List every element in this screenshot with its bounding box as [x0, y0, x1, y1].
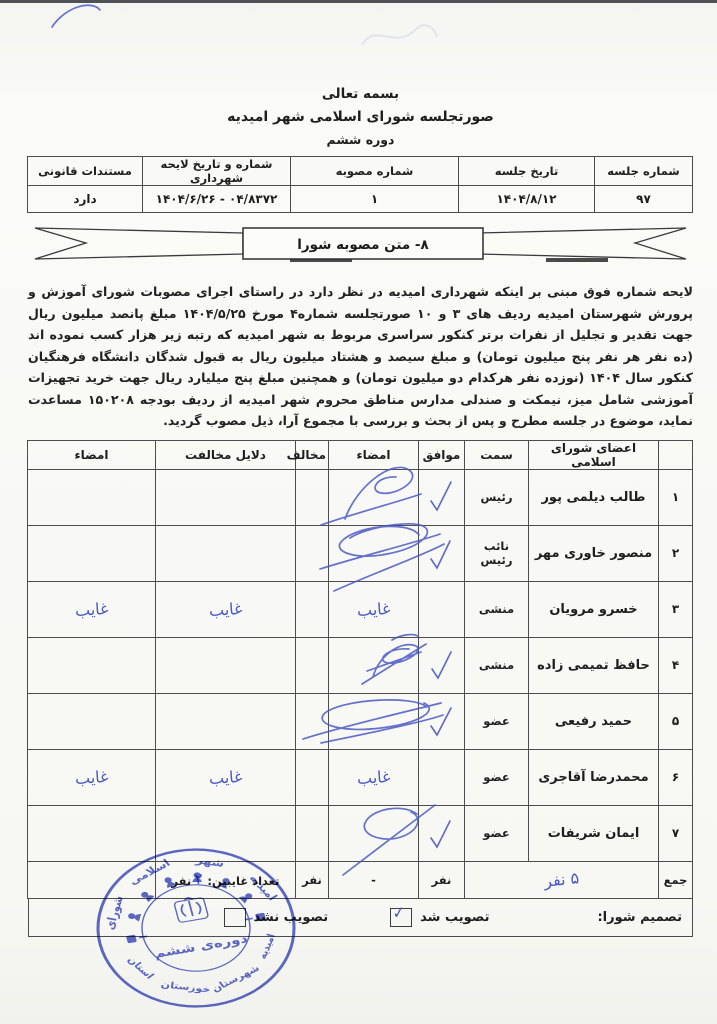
member-row-2: ۲ منصور خاوری مهر نائب رئیس [28, 525, 693, 581]
agree-checkmark-icon [427, 479, 457, 519]
agree-checkmark-icon [427, 647, 457, 687]
svg-text:شورای: شورای [102, 895, 126, 931]
row-number: ۵ [659, 693, 693, 749]
agree-checkmark-icon [427, 535, 457, 575]
opposed-cell [296, 637, 329, 693]
member-name: منصور خاوری مهر [529, 525, 659, 581]
row-number-header [659, 440, 693, 469]
position-header: سمت [465, 440, 529, 469]
member-position: عضو [465, 805, 529, 861]
svg-text:امیدیه: امیدیه [257, 933, 279, 961]
unit-cell: نفر [419, 861, 465, 898]
absent-note: غایب [74, 598, 109, 619]
agree-checkmark-icon [427, 703, 457, 743]
member-row-6: ۶ محمدرضا آقاجری عضو غایب غایب غایب [28, 749, 693, 805]
info-header-row: شماره جلسه تاریخ جلسه شماره مصوبه شماره … [28, 157, 693, 186]
opposition-reasons-cell: غایب [156, 749, 296, 805]
document-content: بسمه تعالی صورتجلسه شورای اسلامی شهر امی… [28, 0, 693, 937]
opposition-reasons-cell [156, 693, 296, 749]
member-name: ایمان شریفات [529, 805, 659, 861]
ribbon-left-tail [35, 228, 243, 259]
opposed-cell [296, 525, 329, 581]
signature2-header: امضاء [28, 440, 156, 469]
member-name: حمید رفیعی [529, 693, 659, 749]
signature-cell: غایب [329, 749, 419, 805]
agree-header: موافق [419, 440, 465, 469]
session-number-value: ۹۷ [595, 186, 693, 213]
resolution-number-value: ۱ [291, 186, 459, 213]
agree-cell [419, 637, 465, 693]
council-stamp: شورایاسلامیشهرامیدیه استانخوزستانشهرستان… [76, 828, 316, 1024]
signature-cell [329, 637, 419, 693]
absent-note: غایب [74, 766, 109, 787]
opposition-reasons-cell [156, 525, 296, 581]
opposed-header: مخالف [296, 440, 329, 469]
signature-header-label: امضاء [356, 448, 390, 462]
member-name: حافظ تمیمی زاده [529, 637, 659, 693]
bill-number-date-header: شماره و تاریخ لایحه شهرداری [143, 157, 291, 186]
session-number-header: شماره جلسه [595, 157, 693, 186]
member-row-1: ۱ طالب دیلمی پور رئیس [28, 469, 693, 525]
opposition-reasons-cell [156, 637, 296, 693]
opposed-cell [296, 749, 329, 805]
row-number: ۶ [659, 749, 693, 805]
agree-checkmark-icon [427, 815, 457, 855]
member-name: محمدرضا آقاجری [529, 749, 659, 805]
session-info-table: شماره جلسه تاریخ جلسه شماره مصوبه شماره … [27, 156, 693, 213]
term-label: دوره ششم [28, 132, 693, 147]
opposed-cell [296, 693, 329, 749]
members-header-row: اعضای شورای اسلامی سمت موافق امضاء مخالف… [28, 440, 693, 469]
member-name: طالب دیلمی پور [529, 469, 659, 525]
signature2-cell: غایب [28, 581, 156, 637]
svg-text:شهر: شهر [194, 854, 225, 869]
agree-cell [419, 693, 465, 749]
dash-cell: - [329, 861, 419, 898]
signature-cell [329, 693, 419, 749]
row-number: ۲ [659, 525, 693, 581]
absent-note: غایب [356, 766, 391, 787]
svg-text:استان: استان [125, 955, 156, 981]
scanned-document-page: بسمه تعالی صورتجلسه شورای اسلامی شهر امی… [0, 0, 717, 1024]
opposed-cell [296, 581, 329, 637]
member-position: عضو [465, 693, 529, 749]
signature2-cell [28, 637, 156, 693]
agree-cell [419, 525, 465, 581]
opposition-reasons-cell: غایب [156, 581, 296, 637]
svg-text:اسلامی: اسلامی [126, 857, 173, 887]
resolution-number-header: شماره مصوبه [291, 157, 459, 186]
opposition-reasons-cell [156, 469, 296, 525]
member-row-5: ۵ حمید رفیعی عضو [28, 693, 693, 749]
stamp-inner-ring [132, 877, 260, 979]
signature-cell: غایب [329, 581, 419, 637]
signature2-cell [28, 469, 156, 525]
signature-header: امضاء [329, 440, 419, 469]
legal-docs-header: مستندات قانونی [28, 157, 143, 186]
approved-check-icon: ✓ [391, 902, 407, 923]
header-bismillah: بسمه تعالی [28, 86, 693, 102]
approved-label: تصویب شد [420, 910, 489, 925]
row-number: ۷ [659, 805, 693, 861]
agree-cell [419, 749, 465, 805]
member-row-4: ۴ حافظ تمیمی زاده منشی [28, 637, 693, 693]
row-number: ۴ [659, 637, 693, 693]
approved-option: تصویب شد ✓ [390, 908, 489, 927]
signature-cell [329, 469, 419, 525]
member-position: عضو [465, 749, 529, 805]
absent-note: غایب [356, 598, 391, 619]
present-count-cell: ۵ نفر [465, 861, 659, 898]
approved-checkbox: ✓ [390, 908, 412, 927]
stamp-emblem-icon [173, 895, 208, 922]
opposition-reasons-header: دلایل مخالفت [156, 440, 296, 469]
absent-note: غایب [208, 598, 243, 619]
session-date-header: تاریخ جلسه [459, 157, 595, 186]
member-position: منشی [465, 637, 529, 693]
agree-cell [419, 581, 465, 637]
document-title: صورتجلسه شورای اسلامی شهر امیدیه [28, 109, 693, 125]
member-row-3: ۳ خسرو مرویان منشی غایب غایب غایب [28, 581, 693, 637]
legal-docs-value: دارد [28, 186, 143, 213]
info-value-row: ۹۷ ۱۴۰۴/۸/۱۲ ۱ ۰۴/۸۳۷۲ - ۱۴۰۴/۶/۲۶ دارد [28, 186, 693, 213]
banner-label: ۸- متن مصوبه شورا [297, 237, 429, 253]
signature-cell [329, 525, 419, 581]
ribbon-fold-shadow [546, 258, 608, 262]
row-number: ۱ [659, 469, 693, 525]
member-name: خسرو مرویان [529, 581, 659, 637]
svg-text:خوزستان: خوزستان [160, 980, 211, 995]
present-count-handwritten: ۵ نفر [543, 868, 580, 891]
decision-label: تصمیم شورا: [597, 910, 682, 925]
row-number: ۳ [659, 581, 693, 637]
banner-ribbon: ۸- متن مصوبه شورا [28, 225, 693, 273]
signature2-cell: غایب [28, 749, 156, 805]
absent-note: غایب [208, 766, 243, 787]
session-date-value: ۱۴۰۴/۸/۱۲ [459, 186, 595, 213]
totals-label: جمع [659, 861, 693, 898]
member-position: منشی [465, 581, 529, 637]
ribbon-right-tail [478, 228, 686, 259]
opposed-cell [296, 469, 329, 525]
member-position: نائب رئیس [465, 525, 529, 581]
signature-cell [329, 805, 419, 861]
signature2-cell [28, 525, 156, 581]
bill-number-date-value: ۰۴/۸۳۷۲ - ۱۴۰۴/۶/۲۶ [143, 186, 291, 213]
resolution-paragraph: لایحه شماره فوق مبنی بر اینکه شهرداری ام… [28, 281, 693, 432]
agree-cell [419, 805, 465, 861]
agree-cell [419, 469, 465, 525]
stamp-center-text: دوره‌ی ششم [152, 932, 249, 962]
signature-scribble [22, 0, 122, 30]
signature2-cell [28, 693, 156, 749]
member-position: رئیس [465, 469, 529, 525]
members-header: اعضای شورای اسلامی [529, 440, 659, 469]
